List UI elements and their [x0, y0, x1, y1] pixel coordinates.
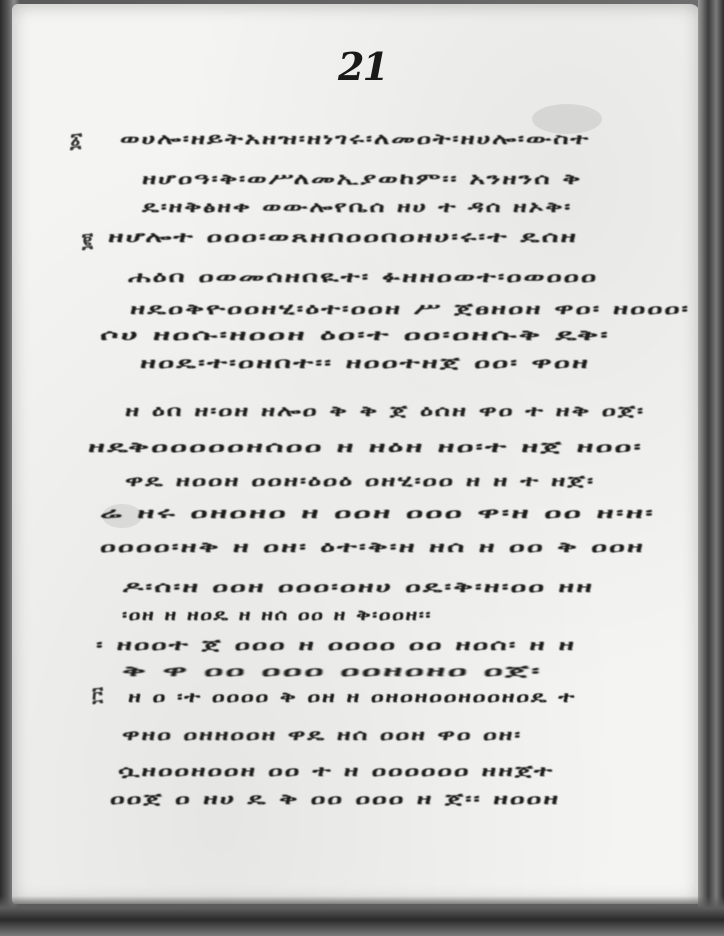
text-line: ፡ ዘዐዐተ ጀ ዐዐዐ ዘ ዐዐዐዐ ዐዐ ዘዐሰ፡ ዘ ዘ	[96, 636, 576, 654]
text-line: ዘሆሎተ ዐዐዐ፡ወጸዘበዐዐበዐዘሀ፡ሩ፡ተ ዴሰዘ	[108, 228, 578, 246]
text-line: ሷዘዐዐዘዐዐዘ ዐዐ ተ ዘ ዐዐዐዐዐዐ ዘዘጀተ	[118, 762, 554, 780]
text-line: ሶሀ ዘዐሱ፡ዘዐዐዘ ዕዐ፡ተ ዐዐ፡ዐዘሱቅ ዴቅ፡	[100, 326, 610, 344]
page-number: 21	[338, 44, 387, 89]
text-line: ዘዐዴ፡ተ፡ዐዘበተ፡፡ ዘዐዐተዘጀ ዐዐ፡ ዋዐዘ	[140, 354, 590, 372]
text-line: ዘ ዐ ፡ተ ዐዐዐዐ ቅ ዐዘ ዘ ዐዘዐዘዐዐዘዐዐዘዐዴ ተ	[128, 688, 576, 706]
text-line: ዘሆዐዓ፡ቅ፡ወሥለመኢያወከም፡፡ አንዘንሰ ቅ	[142, 170, 582, 188]
text-line: ዐዐጀ ዐ ዘሀ ዴ ቅ ዐዐ ዐዐዐ ዘ ጀ፡፡ ዘዐዐዘ	[110, 790, 560, 808]
text-line: ሐዕበ ዐወመሰዘበዪተ፡ ፉዘዘዐወተ፡ዐወዐዐዐ	[128, 268, 598, 286]
page-bottom-edge	[0, 896, 724, 936]
text-line: ዘዴዐቅዮዐዐዘሂ፡ዕተ፡ዐዐዘ ሥ ጀፀዘዐዘ ዋዐ፡ ዘዐዐዐ፡	[130, 300, 690, 318]
section-marker: ፫	[92, 682, 103, 706]
text-line: ዘዴቅዐዐዐዐዐዘሰዐዐ ዘ ዘዕዘ ዘዐ፡ተ ዘጀ ዘዐዐ፡	[88, 438, 643, 456]
text-line: ዋዴ ዘዐዐዘ ዐዐዘ፡ዕዐዕ ዐዘሂ፡ዐዐ ዘ ዘ ተ ዘጀ፡	[125, 472, 595, 490]
text-line: ዴ፡ዘቅፅዘቀ ወውሎየቤሰ ዘሀ ተ ዳሰ ዘኦቅ፡	[142, 198, 572, 216]
text-line: ፡ዐዘ ዘ ዘዐዴ ዘ ዘሰ ዐዐ ዘ ቅ፡ዐዐዘ፡፡	[122, 606, 432, 624]
text-line: ዶ፡ሰ፡ዘ ዐዐዘ ዐዐዐ፡ዐዘሀ ዐዴ፡ቅ፡ዘ፡ዐዐ ዘዘ	[122, 578, 594, 596]
text-line: ዋዘዐ ዐዘዘዐዐዘ ዋዴ ዘሰ ዐዐዘ ዋዐ ዐዘ፡	[122, 726, 522, 744]
text-line: ሬ ዘሩ ዐዘዐዘዐ ዘ ዐዐዘ ዐዐዐ ዋ፡ዘ ዐዐ ዘ፡ዘ፡	[100, 504, 655, 522]
text-line: ዐዐዐዐ፡ዘቅ ዘ ዐዘ፡ ዕተ፡ቅ፡ዘ ዘሰ ዘ ዐዐ ቅ ዐዐዘ	[100, 538, 645, 556]
text-line: ወሀሎ፡ዘይትአዘዝ፡ዘነገሩ፡ለመዐት፡ዘሀሎ፡ውስተ	[120, 130, 590, 148]
section-marker: ፪	[82, 228, 93, 252]
section-marker: ፩	[70, 128, 82, 152]
text-line: ዘ ዕበ ዘ፡ዐዘ ዘሎዐ ቅ ቅ ጀ ዕሰዘ ዋዐ ተ ዘቅ ዐጀ፡	[125, 402, 645, 420]
book-spine-edge	[698, 0, 724, 936]
text-line: ቅ ዋ ዐዐ ዐዐዐ ዐዐዘዐዘዐ ዐጀ፡	[122, 662, 542, 680]
